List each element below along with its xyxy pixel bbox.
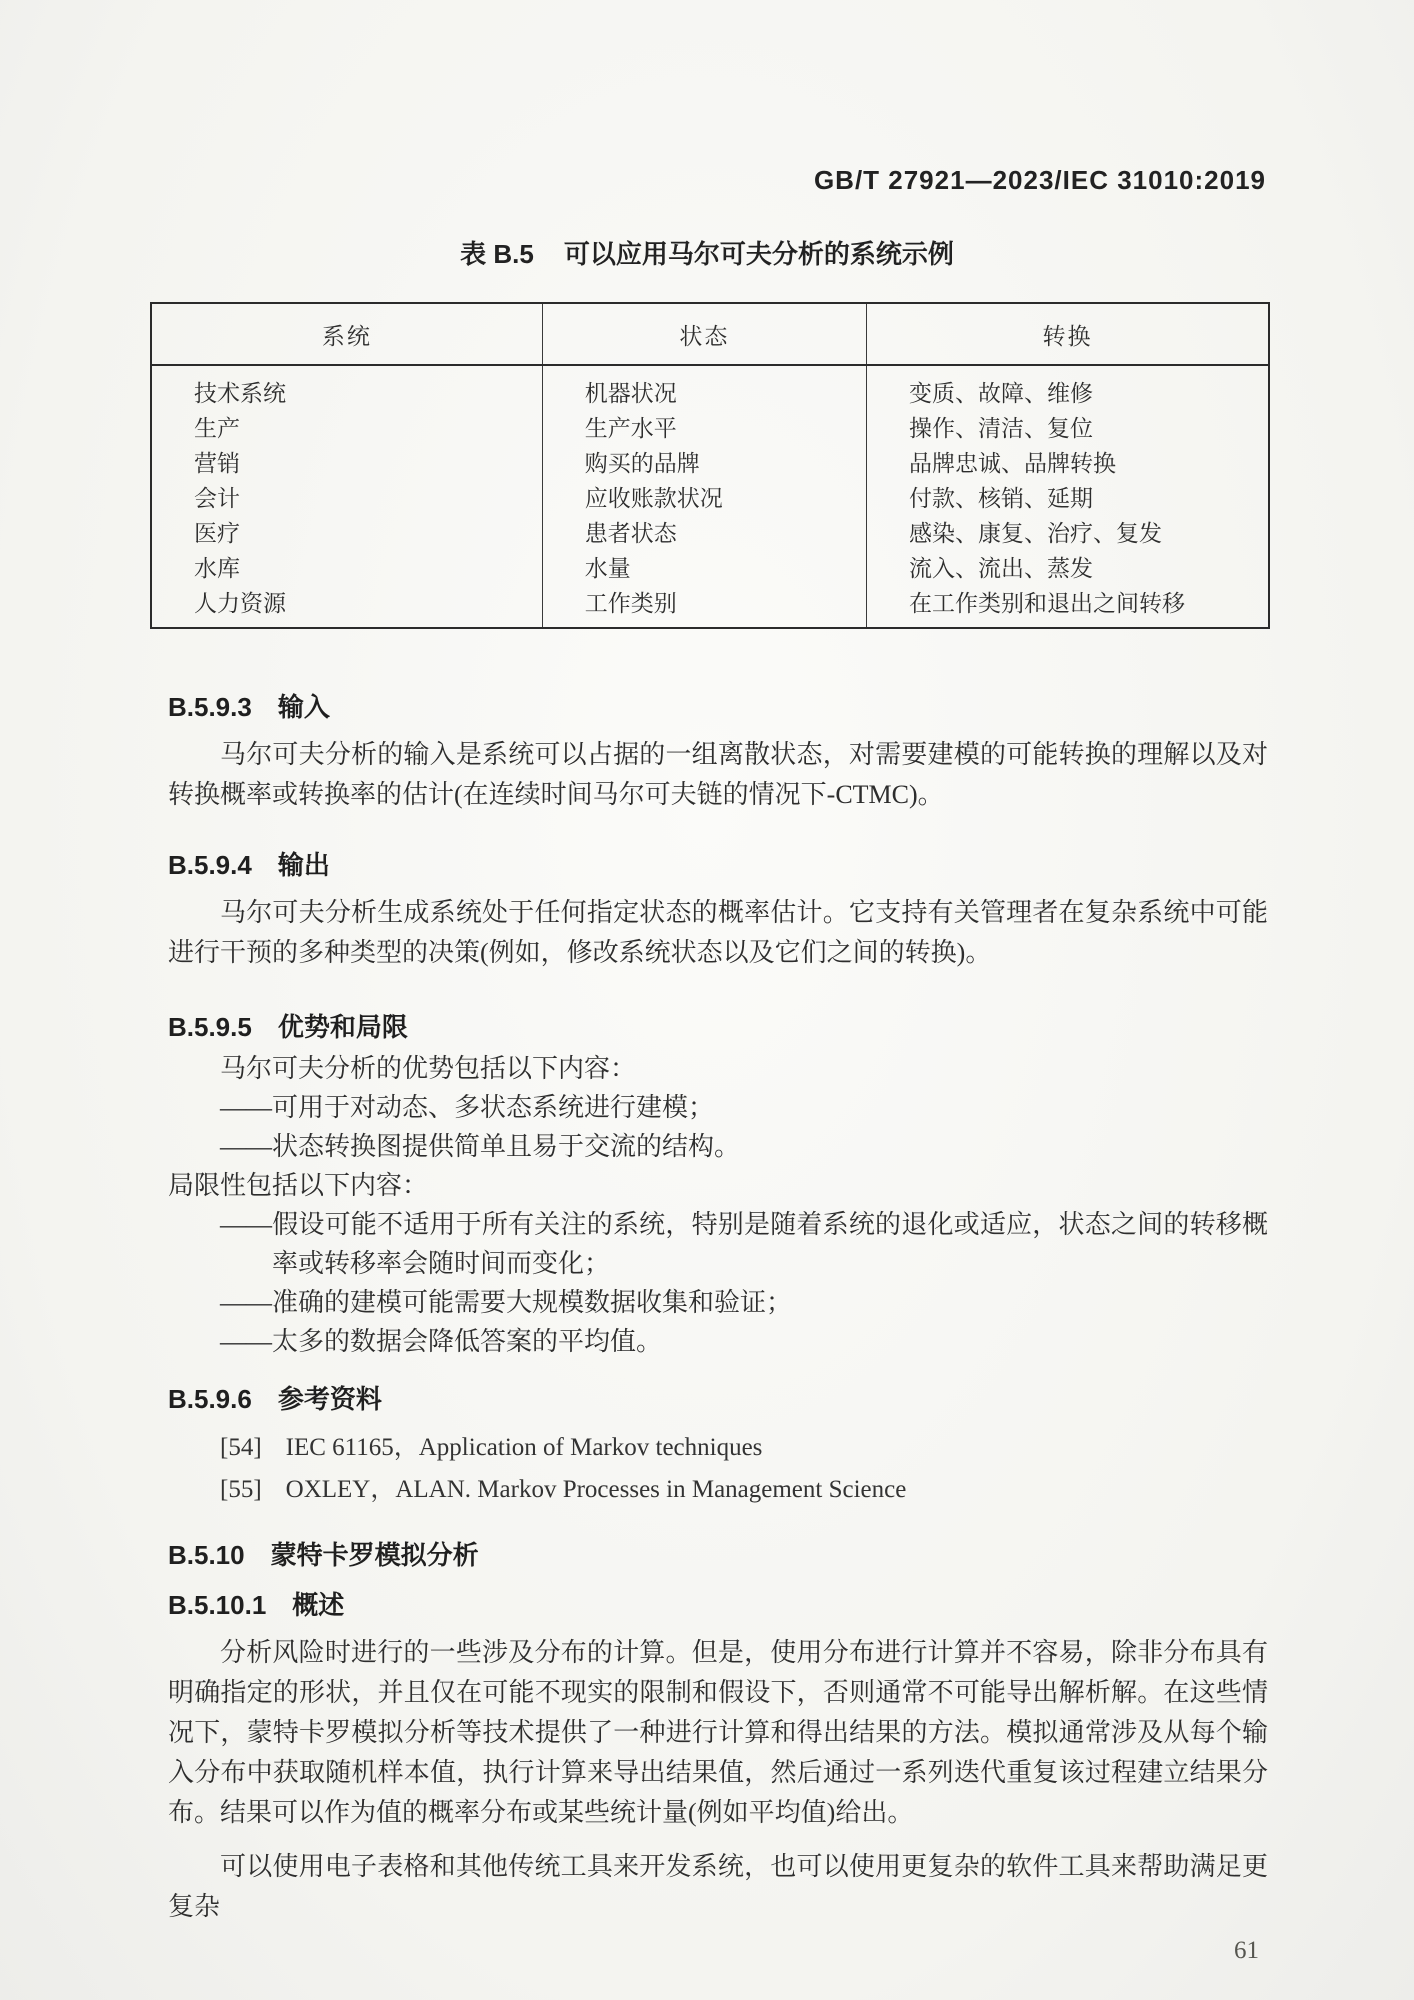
section-title: 输入	[278, 692, 330, 722]
cell-state: 应收账款状况	[542, 479, 866, 514]
section-number: B.5.9.6	[168, 1384, 252, 1414]
cell-state: 购买的品牌	[542, 444, 866, 479]
cell-system: 医疗	[151, 514, 542, 549]
reference-item: [55]OXLEY，ALAN. Markov Processes in Mana…	[168, 1469, 1268, 1511]
cell-transition: 付款、核销、延期	[867, 479, 1269, 514]
table-row: 营销 购买的品牌 品牌忠诚、品牌转换	[151, 444, 1269, 479]
table-row: 医疗 患者状态 感染、康复、治疗、复发	[151, 514, 1269, 549]
section-title: 优势和局限	[278, 1012, 408, 1042]
table-row: 水库 水量 流入、流出、蒸发	[151, 549, 1269, 584]
paragraph-input: 马尔可夫分析的输入是系统可以占据的一组离散状态，对需要建模的可能转换的理解以及对…	[168, 735, 1268, 815]
column-header-transition: 转换	[867, 303, 1269, 365]
section-heading-output: B.5.9.4输出	[168, 851, 1268, 879]
paragraph-output: 马尔可夫分析生成系统处于任何指定状态的概率估计。它支持有关管理者在复杂系统中可能…	[168, 893, 1268, 973]
section-title: 蒙特卡罗模拟分析	[271, 1540, 479, 1570]
table-caption: 表 B.5可以应用马尔可夫分析的系统示例	[0, 240, 1414, 268]
cell-state: 工作类别	[542, 584, 866, 628]
cell-system: 生产	[151, 409, 542, 444]
cell-transition: 在工作类别和退出之间转移	[867, 584, 1269, 628]
cell-system: 会计	[151, 479, 542, 514]
strength-item: ——状态转换图提供简单且易于交流的结构。	[168, 1127, 1268, 1166]
limitation-item: ——太多的数据会降低答案的平均值。	[168, 1322, 1268, 1361]
cell-system: 技术系统	[151, 365, 542, 409]
reference-list: [54]IEC 61165，Application of Markov tech…	[168, 1427, 1268, 1511]
section-title: 输出	[278, 850, 330, 880]
table-caption-text: 可以应用马尔可夫分析的系统示例	[564, 239, 954, 269]
table-header-row: 系统 状态 转换	[151, 303, 1269, 365]
cell-transition: 流入、流出、蒸发	[867, 549, 1269, 584]
section-title: 概述	[292, 1590, 344, 1620]
cell-state: 水量	[542, 549, 866, 584]
document-page: GB/T 27921—2023/IEC 31010:2019 表 B.5可以应用…	[0, 0, 1414, 2000]
cell-transition: 感染、康复、治疗、复发	[867, 514, 1269, 549]
section-title: 参考资料	[278, 1384, 382, 1414]
cell-system: 人力资源	[151, 584, 542, 628]
cell-state: 机器状况	[542, 365, 866, 409]
table-row: 会计 应收账款状况 付款、核销、延期	[151, 479, 1269, 514]
section-heading-references: B.5.9.6参考资料	[168, 1385, 1268, 1413]
reference-label: [54]	[220, 1427, 262, 1469]
paragraph-overview-2: 可以使用电子表格和其他传统工具来开发系统，也可以使用更复杂的软件工具来帮助满足更…	[168, 1847, 1268, 1927]
strength-item: ——可用于对动态、多状态系统进行建模；	[168, 1088, 1268, 1127]
section-heading-overview: B.5.10.1概述	[168, 1591, 1268, 1619]
cell-system: 营销	[151, 444, 542, 479]
reference-text: IEC 61165，Application of Markov techniqu…	[286, 1434, 763, 1461]
cell-transition: 品牌忠诚、品牌转换	[867, 444, 1269, 479]
section-number: B.5.9.3	[168, 692, 252, 722]
column-header-system: 系统	[151, 303, 542, 365]
limitation-item: ——假设可能不适用于所有关注的系统，特别是随着系统的退化或适应，状态之间的转移概…	[168, 1205, 1268, 1283]
cell-state: 生产水平	[542, 409, 866, 444]
table-caption-label: 表 B.5	[460, 239, 534, 269]
reference-text: OXLEY，ALAN. Markov Processes in Manageme…	[286, 1476, 907, 1503]
section-number: B.5.9.5	[168, 1012, 252, 1042]
strengths-lead: 马尔可夫分析的优势包括以下内容：	[168, 1049, 1268, 1088]
cell-system: 水库	[151, 549, 542, 584]
section-number: B.5.9.4	[168, 850, 252, 880]
limitation-item: ——准确的建模可能需要大规模数据收集和验证；	[168, 1283, 1268, 1322]
table-row: 人力资源 工作类别 在工作类别和退出之间转移	[151, 584, 1269, 628]
cell-transition: 操作、清洁、复位	[867, 409, 1269, 444]
cell-state: 患者状态	[542, 514, 866, 549]
paragraph-overview-1: 分析风险时进行的一些涉及分布的计算。但是，使用分布进行计算并不容易，除非分布具有…	[168, 1633, 1268, 1833]
section-heading-monte-carlo: B.5.10蒙特卡罗模拟分析	[168, 1541, 1268, 1569]
limitations-lead: 局限性包括以下内容：	[168, 1166, 1268, 1205]
reference-label: [55]	[220, 1469, 262, 1511]
reference-item: [54]IEC 61165，Application of Markov tech…	[168, 1427, 1268, 1469]
section-number: B.5.10.1	[168, 1590, 266, 1620]
table-row: 技术系统 机器状况 变质、故障、维修	[151, 365, 1269, 409]
section-heading-strengths-limits: B.5.9.5优势和局限	[168, 1013, 1268, 1041]
page-number: 61	[0, 1937, 1259, 1965]
cell-transition: 变质、故障、维修	[867, 365, 1269, 409]
table-row: 生产 生产水平 操作、清洁、复位	[151, 409, 1269, 444]
column-header-state: 状态	[542, 303, 866, 365]
section-heading-input: B.5.9.3输入	[168, 693, 1268, 721]
page-body: B.5.9.3输入 马尔可夫分析的输入是系统可以占据的一组离散状态，对需要建模的…	[168, 693, 1268, 1927]
section-number: B.5.10	[168, 1540, 245, 1570]
strengths-limitations-list: 马尔可夫分析的优势包括以下内容： ——可用于对动态、多状态系统进行建模； ——状…	[168, 1049, 1268, 1361]
markov-systems-table: 系统 状态 转换 技术系统 机器状况 变质、故障、维修 生产 生产水平 操作、清…	[150, 302, 1270, 629]
standard-number-header: GB/T 27921—2023/IEC 31010:2019	[168, 0, 1266, 194]
